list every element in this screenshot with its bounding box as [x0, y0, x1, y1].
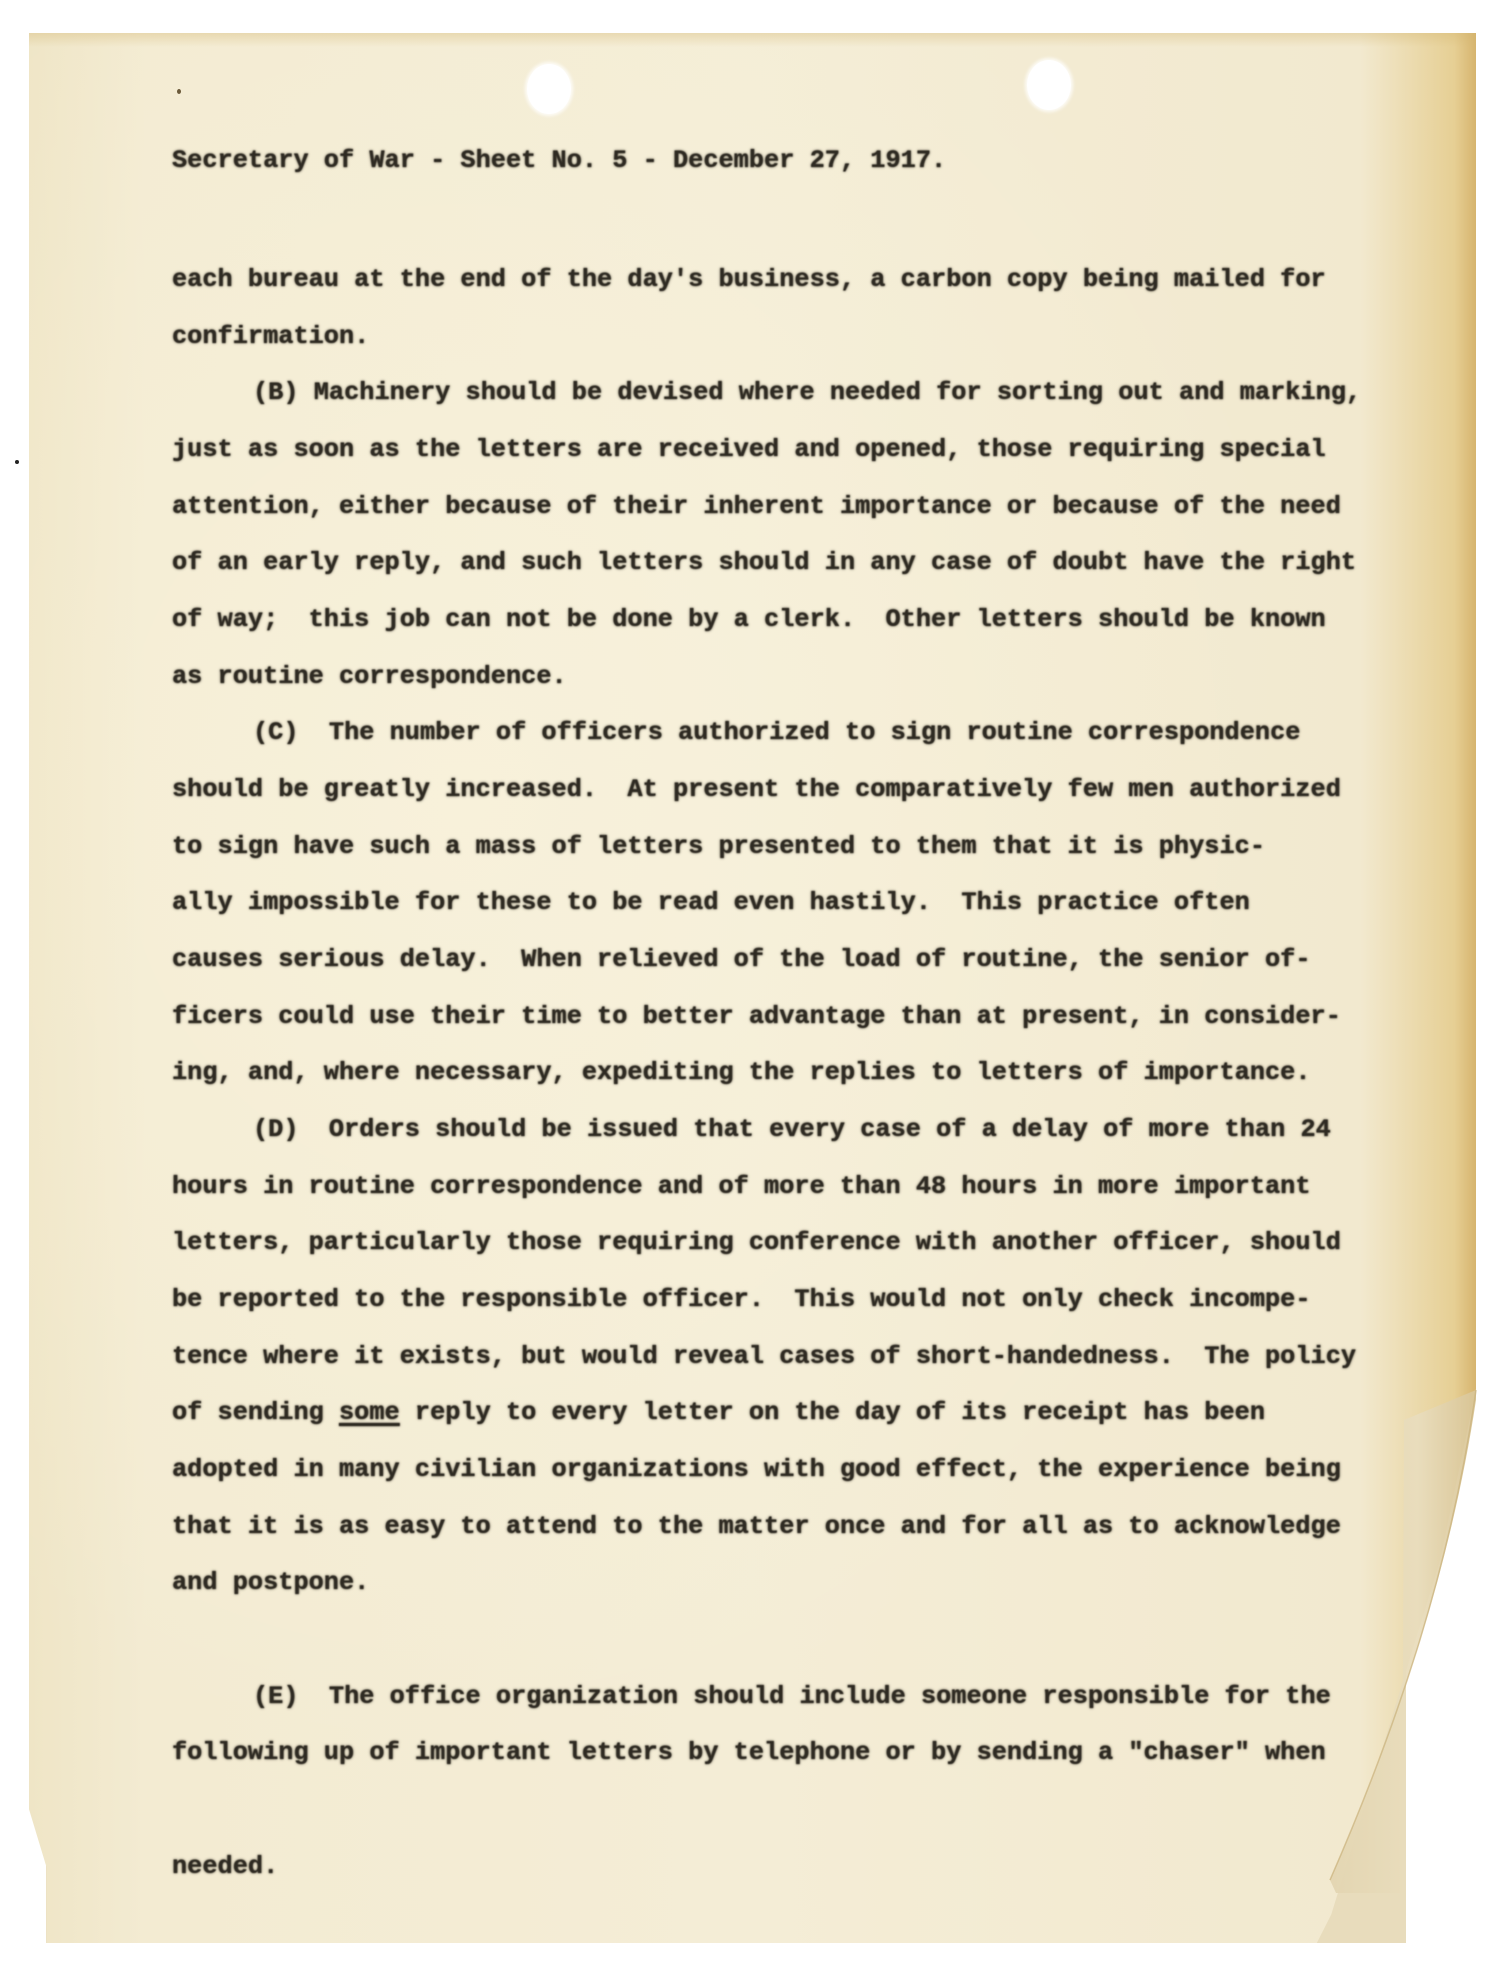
- text-line: adopted in many civilian organizations w…: [172, 1455, 1341, 1485]
- text-line: letters, particularly those requiring co…: [172, 1228, 1341, 1258]
- text-line: tence where it exists, but would reveal …: [172, 1342, 1356, 1372]
- page-header: Secretary of War - Sheet No. 5 - Decembe…: [172, 146, 946, 176]
- text-line: hours in routine correspondence and of m…: [172, 1172, 1311, 1202]
- text-line: confirmation.: [172, 322, 369, 352]
- text-line: ing, and, where necessary, expediting th…: [172, 1058, 1311, 1088]
- text-line: of sending some reply to every letter on…: [172, 1398, 1265, 1428]
- paragraph-d-start: (D) Orders should be issued that every c…: [172, 1115, 1331, 1145]
- text-line: to sign have such a mass of letters pres…: [172, 832, 1265, 862]
- punch-hole-right: [1027, 60, 1071, 110]
- text-line: causes serious delay. When relieved of t…: [172, 945, 1311, 975]
- text-line: of an early reply, and such letters shou…: [172, 548, 1356, 578]
- text-line: attention, either because of their inher…: [172, 492, 1341, 522]
- text-segment: of sending: [172, 1398, 339, 1427]
- paragraph-e-start: (E) The office organization should inclu…: [172, 1682, 1331, 1712]
- paragraph-b-start: (B) Machinery should be devised where ne…: [172, 378, 1361, 408]
- text-line: that it is as easy to attend to the matt…: [172, 1512, 1341, 1542]
- text-line: be reported to the responsible officer. …: [172, 1285, 1311, 1315]
- typed-text: Secretary of War - Sheet No. 5 - Decembe…: [172, 0, 202, 870]
- text-segment: reply to every letter on the day of its …: [400, 1398, 1265, 1427]
- text-line: should be greatly increased. At present …: [172, 775, 1341, 805]
- text-line: ally impossible for these to be read eve…: [172, 888, 1250, 918]
- text-line: ficers could use their time to better ad…: [172, 1002, 1341, 1032]
- text-line: of way; this job can not be done by a cl…: [172, 605, 1326, 635]
- ink-speck: [15, 460, 19, 464]
- underlined-word: some: [339, 1398, 400, 1427]
- text-line: needed.: [172, 1852, 278, 1882]
- punch-hole-left: [527, 64, 571, 114]
- text-line: each bureau at the end of the day's busi…: [172, 265, 1326, 295]
- typed-letter-page: [29, 33, 1476, 1943]
- paragraph-c-start: (C) The number of officers authorized to…: [172, 718, 1300, 748]
- text-line: and postpone.: [172, 1568, 369, 1598]
- text-line: following up of important letters by tel…: [172, 1738, 1326, 1768]
- text-line: just as soon as the letters are received…: [172, 435, 1326, 465]
- text-line: as routine correspondence.: [172, 662, 567, 692]
